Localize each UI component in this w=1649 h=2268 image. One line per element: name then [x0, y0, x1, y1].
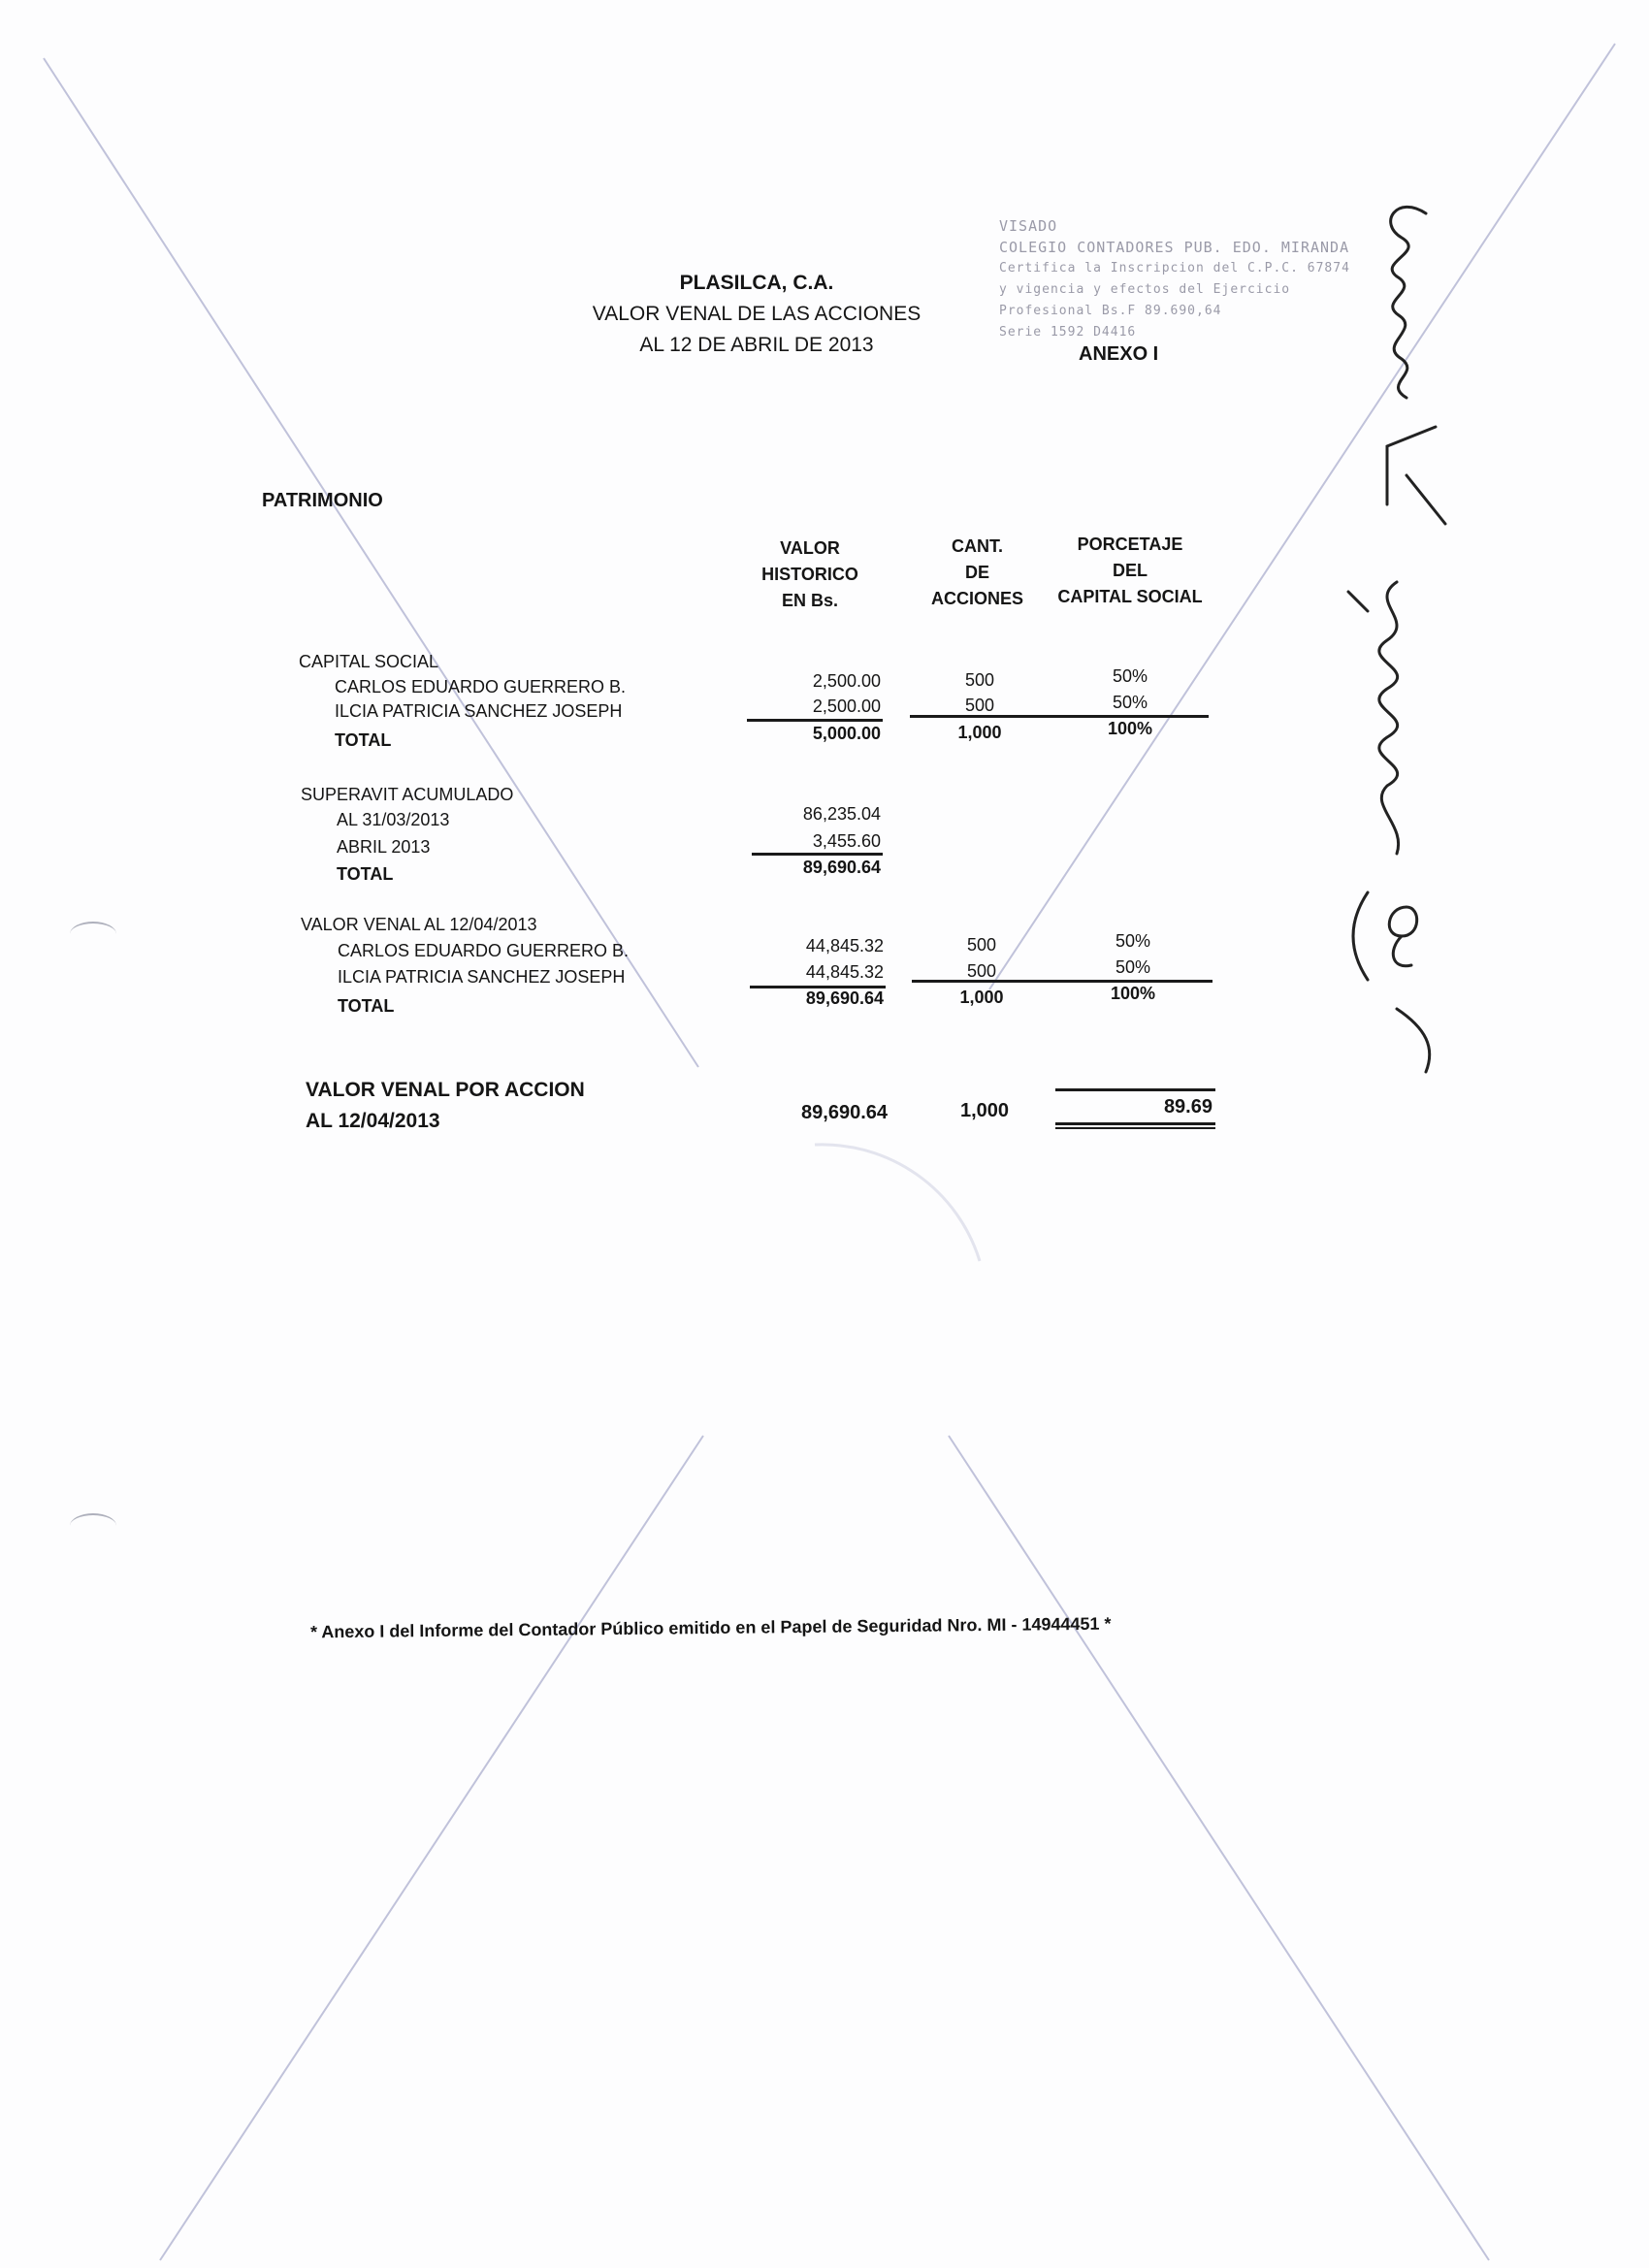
column-header-line: DE: [917, 560, 1038, 586]
column-header-line: ACCIONES: [917, 586, 1038, 612]
handwritten-amount-annotation: (69) sesenta y nueve: [1329, 184, 1455, 1077]
table-row-label: CARLOS EDUARDO GUERRERO B.: [338, 938, 629, 964]
table-row-label: ILCIA PATRICIA SANCHEZ JOSEPH: [338, 964, 625, 990]
capital-social-title: CAPITAL SOCIAL: [299, 649, 438, 675]
punch-hole-mark: [70, 1513, 116, 1539]
subtotal-rule: [910, 715, 1209, 718]
section-title-patrimonio: PATRIMONIO: [262, 490, 383, 512]
double-rule-bottom: [1055, 1122, 1215, 1125]
subtotal-rule: [912, 980, 1212, 983]
column-header-line: PORCETAJE: [1048, 532, 1212, 558]
double-rule-bottom: [1055, 1127, 1215, 1129]
company-name: PLASILCA, C.A.: [485, 268, 1028, 299]
cell-pct: 50%: [1082, 690, 1179, 716]
total-label: TOTAL: [335, 728, 391, 754]
valor-por-accion-result: 89.69: [1057, 1094, 1212, 1120]
column-header-line: HISTORICO: [742, 562, 878, 588]
por-accion-cant: 1,000: [936, 1098, 1033, 1124]
column-header-line: CANT.: [917, 534, 1038, 560]
column-header-valor-historico: VALOR HISTORICO EN Bs.: [742, 535, 878, 614]
document-header: PLASILCA, C.A. VALOR VENAL DE LAS ACCION…: [485, 268, 1028, 361]
column-header-line: CAPITAL SOCIAL: [1048, 584, 1212, 610]
cell-pct-total: 100%: [1084, 981, 1181, 1007]
cell-pct-total: 100%: [1082, 716, 1179, 742]
cell-pct: 50%: [1084, 928, 1181, 955]
cell-pct: 50%: [1082, 664, 1179, 690]
cell-cant-total: 1,000: [931, 720, 1028, 746]
document-title: VALOR VENAL DE LAS ACCIONES: [485, 299, 1028, 330]
footer-note: * Anexo I del Informe del Contador Públi…: [310, 1614, 1112, 1643]
column-header-cant-acciones: CANT. DE ACCIONES: [917, 534, 1038, 612]
subtotal-rule: [752, 853, 883, 856]
cell-valor: 3,455.60: [747, 828, 881, 855]
column-header-line: VALOR: [742, 535, 878, 562]
subtotal-rule: [750, 986, 886, 988]
cell-valor-total: 89,690.64: [747, 855, 881, 881]
cell-pct: 50%: [1084, 955, 1181, 981]
document-date: AL 12 DE ABRIL DE 2013: [485, 330, 1028, 361]
column-header-line: DEL: [1048, 558, 1212, 584]
cell-cant-total: 1,000: [933, 985, 1030, 1011]
column-header-porcentaje: PORCETAJE DEL CAPITAL SOCIAL: [1048, 532, 1212, 610]
double-rule-top: [1055, 1088, 1215, 1091]
table-row-label: AL 31/03/2013: [337, 807, 449, 833]
cell-valor: 2,500.00: [747, 668, 881, 695]
cell-valor: 86,235.04: [747, 801, 881, 827]
punch-hole-mark: [70, 922, 116, 947]
cell-valor: 44,845.32: [747, 959, 884, 986]
cell-valor-total: 89,690.64: [747, 986, 884, 1012]
total-label: TOTAL: [338, 993, 394, 1020]
column-header-line: EN Bs.: [742, 588, 878, 614]
superavit-title: SUPERAVIT ACUMULADO: [301, 782, 513, 808]
cell-valor: 2,500.00: [747, 694, 881, 720]
por-accion-valor: 89,690.64: [757, 1100, 888, 1126]
por-accion-title: VALOR VENAL POR ACCION: [306, 1075, 585, 1106]
cell-cant: 500: [933, 932, 1030, 958]
subtotal-rule: [747, 719, 883, 722]
por-accion-date: AL 12/04/2013: [306, 1106, 440, 1137]
cell-valor: 44,845.32: [747, 933, 884, 959]
table-row-label: ILCIA PATRICIA SANCHEZ JOSEPH: [335, 698, 622, 725]
cell-cant: 500: [931, 667, 1028, 694]
cell-valor-total: 5,000.00: [747, 721, 881, 747]
total-label: TOTAL: [337, 861, 393, 888]
table-row-label: CARLOS EDUARDO GUERRERO B.: [335, 674, 626, 700]
table-row-label: ABRIL 2013: [337, 834, 430, 860]
valor-venal-title: VALOR VENAL AL 12/04/2013: [301, 912, 537, 938]
